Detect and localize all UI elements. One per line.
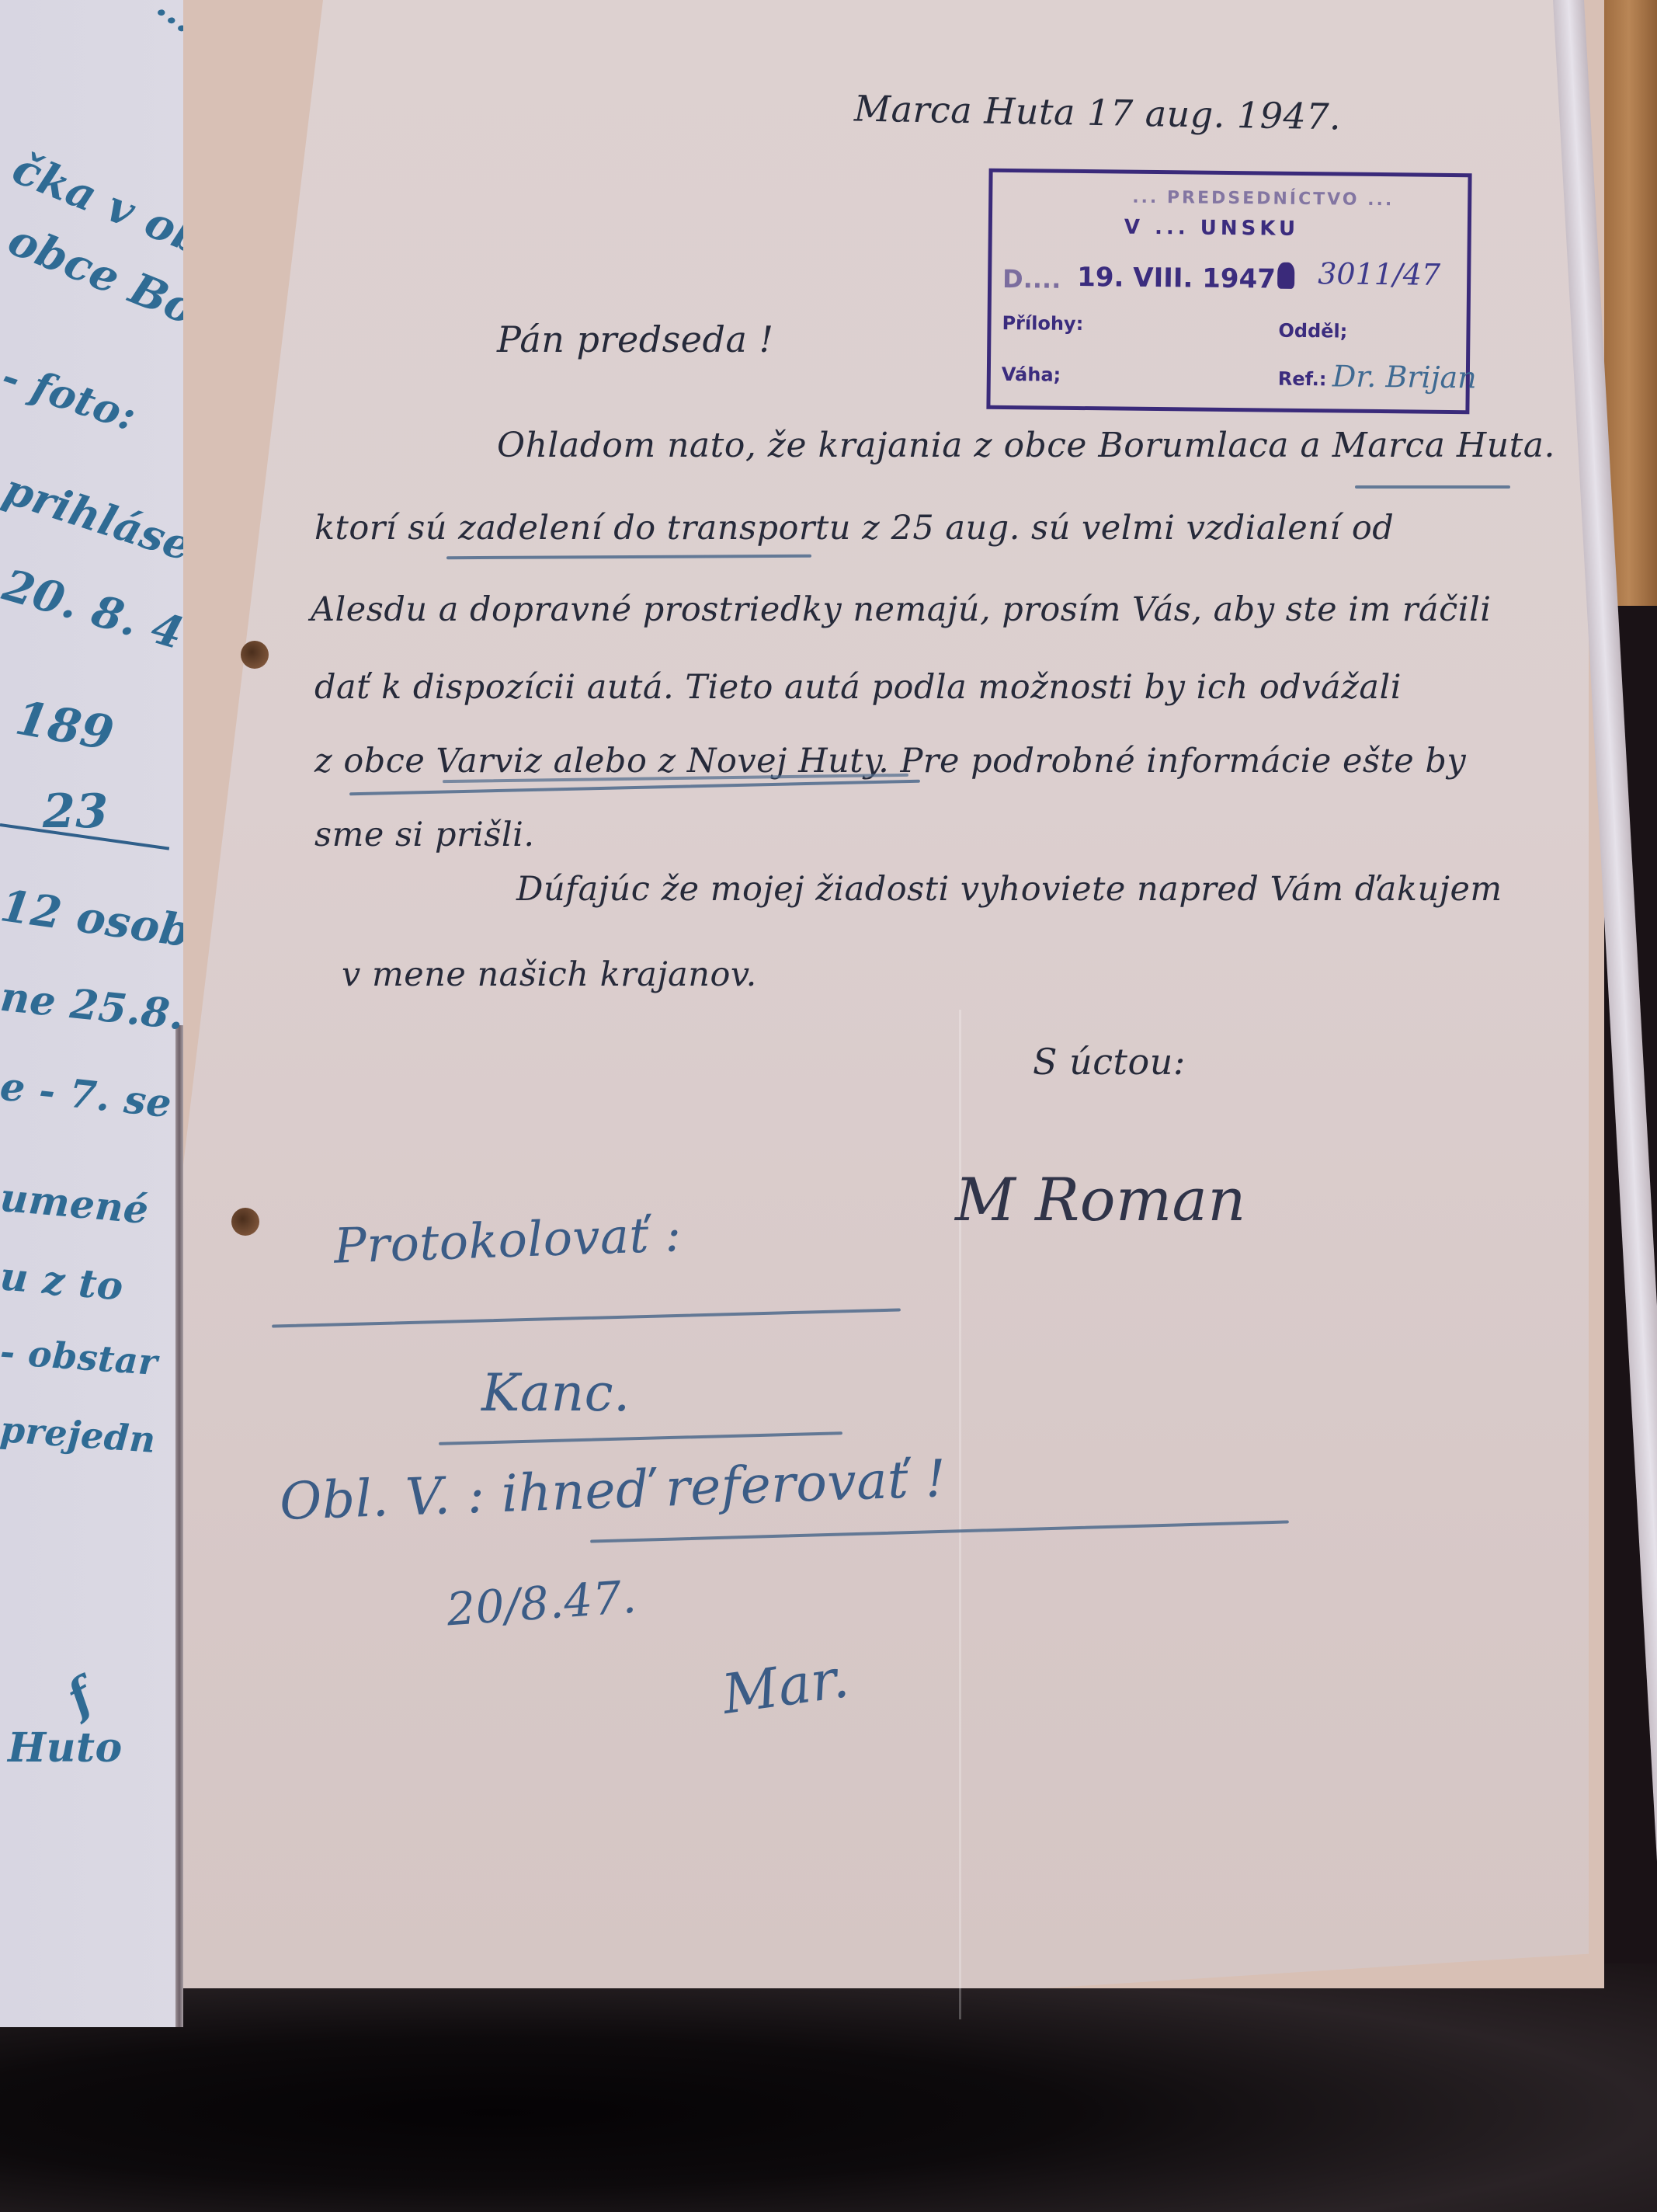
greeting-sign: S úctou: bbox=[1033, 1041, 1186, 1083]
stamp-referent-value: Dr. Brijan bbox=[1332, 359, 1477, 395]
ink-blot bbox=[1277, 263, 1294, 289]
stamp-weight-label: Váha; bbox=[1002, 363, 1061, 386]
body-line: dať k dispozícii autá. Tieto autá podla … bbox=[314, 668, 1402, 707]
left-note: Huto bbox=[8, 1724, 123, 1772]
punch-hole bbox=[241, 641, 269, 669]
closing-line: Dúfajúc že mojej žiadosti vyhoviete napr… bbox=[516, 870, 1502, 909]
annotation-protocol: Protokolovať : bbox=[333, 1205, 683, 1275]
stamp-referent-label: Ref.: bbox=[1278, 368, 1327, 391]
annotation-kanc: Kanc. bbox=[481, 1363, 630, 1423]
body-line: ktorí sú zadelení do transportu z 25 aug… bbox=[314, 509, 1394, 548]
signature: M Roman bbox=[955, 1165, 1246, 1234]
underline-marca-huta bbox=[1355, 485, 1510, 489]
punch-hole bbox=[231, 1208, 259, 1236]
salutation: Pán predseda ! bbox=[497, 318, 773, 360]
page-gutter bbox=[175, 1025, 183, 2027]
stamp-office: ... PREDSEDNÍCTVO ... bbox=[1132, 188, 1394, 210]
body-line: Alesdu a dopravné prostriedky nemajú, pr… bbox=[311, 590, 1491, 629]
paper-fold bbox=[959, 1010, 961, 2019]
closing-line: v mene našich krajanov. bbox=[342, 955, 757, 994]
body-line: Ohladom nato, že krajania z obce Borumla… bbox=[497, 426, 1555, 465]
registry-stamp: ... PREDSEDNÍCTVO ... V ... UNSKU D.... … bbox=[986, 169, 1471, 414]
stamp-department-label: Odděl; bbox=[1278, 320, 1347, 343]
stamp-date-label: D.... bbox=[1002, 264, 1061, 294]
dark-cloth-background bbox=[0, 1963, 1657, 2212]
stamp-attachments-label: Přílohy: bbox=[1002, 312, 1083, 335]
body-line: sme si prišli. bbox=[314, 816, 535, 854]
stamp-registration-number: 3011/47 bbox=[1318, 256, 1440, 292]
stamp-region: V ... UNSKU bbox=[1124, 216, 1300, 241]
place-date: Marca Huta 17 aug. 1947. bbox=[854, 88, 1342, 138]
stamp-received-date: 19. VIII. 1947 bbox=[1077, 262, 1276, 295]
